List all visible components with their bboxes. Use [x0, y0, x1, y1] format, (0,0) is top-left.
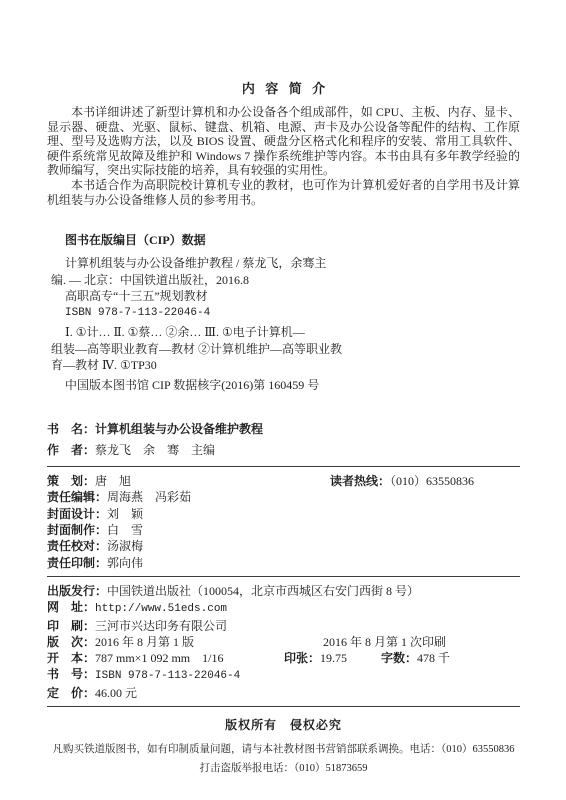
intro-section: 本书详细讲述了新型计算机和办公设备各个组成部件，如 CPU、主板、内存、显卡、显…	[47, 105, 520, 207]
printer-row: 印 刷：三河市兴达印务有限公司	[47, 618, 520, 634]
hotline-value: （010）63550836	[390, 474, 474, 488]
sheets: 印张：19.75	[284, 650, 347, 666]
intro-heading: 内容简介	[47, 78, 520, 97]
print-supervisor-label: 责任印制：	[47, 556, 107, 570]
printer-value: 三河市兴达印务有限公司	[95, 619, 227, 633]
planner-label: 策 划：	[47, 474, 95, 488]
cip-line: 组装—高等职业教育—教材 ②计算机维护—高等职业教	[51, 341, 520, 358]
editor-label: 责任编辑：	[47, 490, 107, 504]
hotline-label: 读者热线：	[330, 474, 390, 488]
proofreader-row: 责任校对：汤淑梅	[47, 538, 520, 554]
edition-label: 版 次：	[47, 635, 95, 649]
editor-row: 责任编辑：周海燕 冯彩茹	[47, 489, 520, 505]
format-label: 开 本：	[47, 651, 95, 665]
publisher-label: 出版发行：	[47, 584, 107, 598]
intro-paragraph-2: 本书适合作为高职院校计算机专业的教材，也可作为计算机爱好者的自学用书及计算机组装…	[47, 178, 520, 207]
intro-paragraph-1: 本书详细讲述了新型计算机和办公设备各个组成部件，如 CPU、主板、内存、显卡、显…	[47, 105, 520, 178]
price-row: 定 价：46.00 元	[47, 685, 520, 701]
website-label: 网 址：	[47, 600, 95, 614]
print-supervisor-row: 责任印制：郭向伟	[47, 555, 520, 571]
edition-row: 版 次：2016 年 8 月第 1 版 2016 年 8 月第 1 次印刷	[47, 634, 520, 650]
divider	[47, 706, 520, 707]
cip-line: 育—教材 Ⅳ. ①TP30	[51, 357, 520, 374]
cip-heading: 图书在版编目（CIP）数据	[51, 231, 520, 248]
cover-making-label: 封面制作：	[47, 523, 107, 537]
publication-section: 出版发行：中国铁道出版社（100054，北京市西城区右安门西街 8 号） 网 址…	[47, 583, 520, 701]
cip-section: 图书在版编目（CIP）数据 计算机组装与办公设备维护教程 / 蔡龙飞，余骞主 编…	[47, 231, 520, 393]
cover-making-value: 白 雪	[107, 523, 143, 537]
staff-section: 策 划：唐 旭 读者热线：（010）63550836 责任编辑：周海燕 冯彩茹 …	[47, 473, 520, 571]
print-supervisor-value: 郭向伟	[107, 556, 143, 570]
format-value: 787 mm×1 092 mm 1/16	[95, 651, 223, 665]
words-value: 478 千	[417, 651, 450, 665]
cover-making-row: 封面制作：白 雪	[47, 522, 520, 538]
proofreader-value: 汤淑梅	[107, 539, 143, 553]
publisher-value: 中国铁道出版社（100054，北京市西城区右安门西街 8 号）	[107, 584, 419, 598]
publisher-row: 出版发行：中国铁道出版社（100054，北京市西城区右安门西街 8 号）	[47, 583, 520, 599]
hotline: 读者热线：（010）63550836	[330, 473, 474, 489]
book-author: 蔡龙飞 余 骞 主编	[95, 443, 215, 457]
isbn-value: ISBN 978-7-113-22046-4	[95, 670, 240, 682]
cip-line: Ⅰ. ①计… Ⅱ. ①蔡… ②余… Ⅲ. ①电子计算机—	[51, 324, 520, 341]
book-info-section: 书 名：计算机组装与办公设备维护教程 作 者：蔡龙飞 余 骞 主编	[47, 419, 520, 461]
quality-notice: 凡购买铁道版图书，如有印制质量问题，请与本社教材图书营销部联系调换。电话：（01…	[47, 740, 520, 759]
format-row: 开 本：787 mm×1 092 mm 1/16 印张：19.75 字数：478…	[47, 650, 520, 666]
isbn-row: 书 号：ISBN 978-7-113-22046-4	[47, 666, 520, 684]
book-title-row: 书 名：计算机组装与办公设备维护教程	[47, 419, 520, 440]
price-value: 46.00 元	[95, 686, 137, 700]
editor-value: 周海燕 冯彩茹	[107, 490, 191, 504]
website-url: http://www.51eds.com	[95, 603, 227, 615]
planner-row: 策 划：唐 旭 读者热线：（010）63550836	[47, 473, 520, 489]
book-author-row: 作 者：蔡龙飞 余 骞 主编	[47, 440, 520, 461]
planner-value: 唐 旭	[95, 474, 131, 488]
price-label: 定 价：	[47, 686, 95, 700]
cover-design-label: 封面设计：	[47, 507, 107, 521]
proofreader-label: 责任校对：	[47, 539, 107, 553]
words-label: 字数：	[381, 651, 417, 665]
cip-isbn: ISBN 978-7-113-22046-4	[51, 305, 520, 322]
copyright-notice: 版权所有 侵权必究	[47, 716, 520, 733]
book-title-label: 书 名：	[47, 422, 95, 436]
piracy-hotline: 打击盗版举报电话：（010）51873659	[47, 759, 520, 778]
sheets-value: 19.75	[320, 651, 347, 665]
cip-registration-number: 中国版本图书馆 CIP 数据核字(2016)第 160459 号	[51, 377, 520, 394]
cip-line: 编. — 北京：中国铁道出版社，2016.8	[51, 272, 520, 289]
website-row: 网 址：http://www.51eds.com	[47, 599, 520, 617]
words: 字数：478 千	[381, 650, 450, 666]
impression-value: 2016 年 8 月第 1 次印刷	[323, 634, 446, 650]
copyright-page: 内容简介 本书详细讲述了新型计算机和办公设备各个组成部件，如 CPU、主板、内存…	[0, 78, 566, 778]
cover-design-row: 封面设计：刘 颖	[47, 506, 520, 522]
printer-label: 印 刷：	[47, 619, 95, 633]
sheets-label: 印张：	[284, 651, 320, 665]
divider	[47, 576, 520, 577]
book-title: 计算机组装与办公设备维护教程	[95, 422, 263, 436]
cover-design-value: 刘 颖	[107, 507, 143, 521]
edition-value: 2016 年 8 月第 1 版	[95, 635, 194, 649]
divider	[47, 466, 520, 467]
isbn-label: 书 号：	[47, 667, 95, 681]
book-author-label: 作 者：	[47, 443, 95, 457]
cip-line: 高职高专“十三五”规划教材	[51, 288, 520, 305]
cip-line: 计算机组装与办公设备维护教程 / 蔡龙飞，余骞主	[51, 255, 520, 272]
